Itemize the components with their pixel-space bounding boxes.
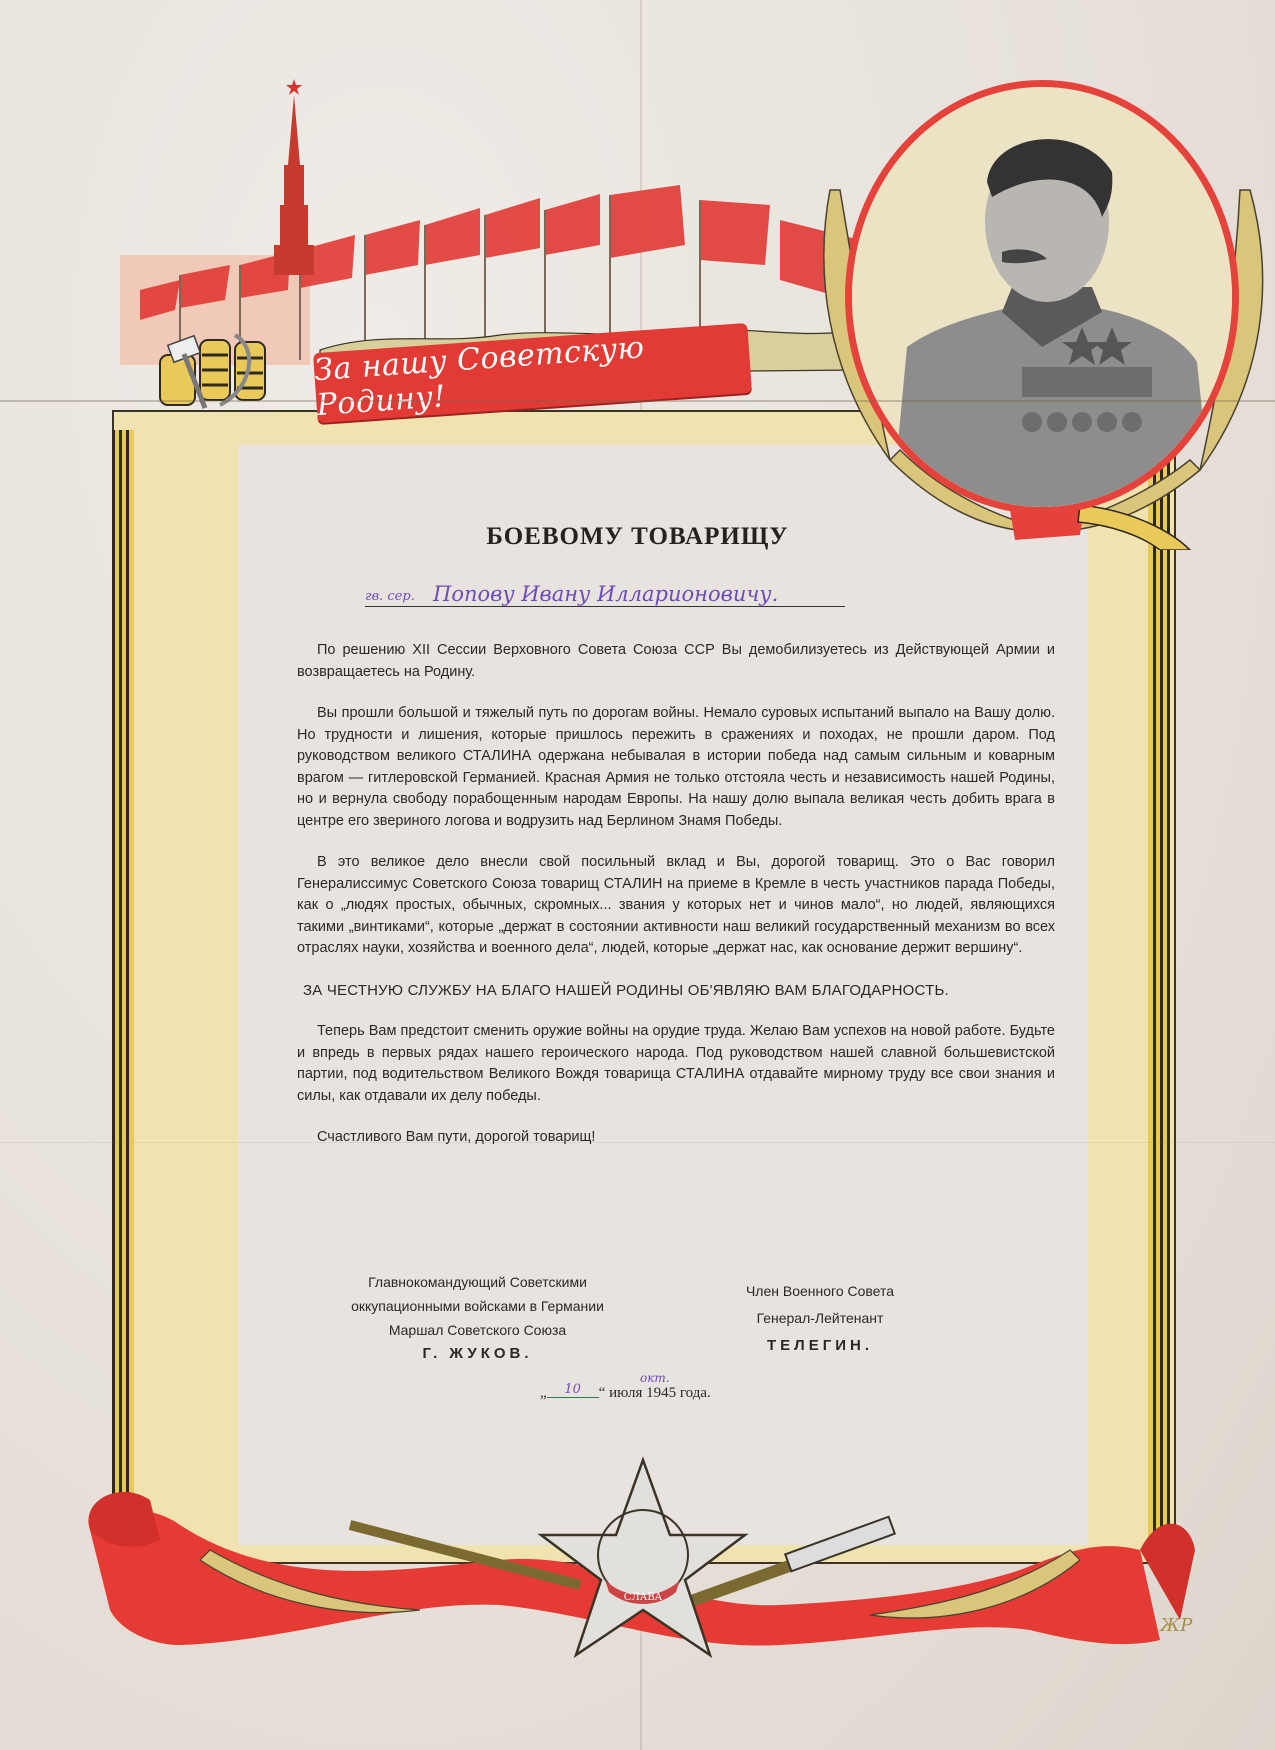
st-george-ribbon-right (1140, 430, 1170, 1540)
paragraph-peaceful-labor: Теперь Вам предстоит сменить оружие войн… (297, 1021, 1055, 1107)
st-george-ribbon-left (112, 430, 142, 1540)
signatory-title-1: Член Военного Совета (700, 1278, 940, 1305)
document-date: „10“ окт. июля 1945 года. (540, 1385, 711, 1402)
date-open-quote: „ (540, 1385, 547, 1401)
paragraph-demobilization: По решению XII Сессии Верховного Совета … (297, 640, 1055, 683)
signature-block-zhukov: Главнокомандующий Советскими оккупационн… (305, 1270, 650, 1366)
recipient-rank: гв. сер. (365, 589, 415, 604)
portrait-medallion (845, 80, 1239, 514)
signatory-rank: Маршал Советского Союза (305, 1318, 650, 1342)
date-day-handwritten: 10 (547, 1382, 599, 1398)
recipient-name: Попову Ивану Илларионовичу. (433, 582, 778, 606)
signatory-title-1: Главнокомандующий Советскими (305, 1270, 650, 1294)
fold-line-horizontal (0, 400, 1275, 402)
star-ribbon-text: СЛАВА (624, 1592, 663, 1603)
recipient-line: гв. сер. Попову Ивану Илларионовичу. (365, 578, 845, 607)
signatory-rank: Генерал-Лейтенант (700, 1305, 940, 1332)
paragraph-contribution: В это великое дело внесли свой посильный… (297, 852, 1055, 960)
date-month-handwritten: окт. (640, 1371, 670, 1385)
document-body: По решению XII Сессии Верховного Совета … (297, 640, 1055, 1169)
farewell-line: Счастливого Вам пути, дорогой товарищ! (297, 1127, 1055, 1149)
signatory-name: Г. ЖУКОВ. (305, 1342, 650, 1366)
paragraph-war-path: Вы прошли большой и тяжелый путь по доро… (297, 703, 1055, 832)
signatory-name: ТЕЛЕГИН. (700, 1332, 940, 1359)
document-title: БОЕВОМУ ТОВАРИЩУ (0, 523, 1275, 551)
kremlin-tower-icon (270, 75, 318, 275)
signature-block-telegin: Член Военного Совета Генерал-Лейтенант Т… (700, 1278, 940, 1359)
portrait-image (852, 87, 1232, 507)
bottom-emblem-illustration: СЛАВА (80, 1440, 1200, 1670)
gratitude-statement: ЗА ЧЕСТНУЮ СЛУЖБУ НА БЛАГО НАШЕЙ РОДИНЫ … (297, 980, 1055, 1002)
date-month-printed: июля (609, 1385, 642, 1401)
date-close-quote: “ (599, 1385, 606, 1401)
hammer-and-sickle-icon (150, 330, 290, 410)
date-year: 1945 года. (646, 1385, 711, 1401)
signatory-title-2: оккупационными войсками в Германии (305, 1294, 650, 1318)
artist-monogram: ЖР (1160, 1615, 1192, 1636)
